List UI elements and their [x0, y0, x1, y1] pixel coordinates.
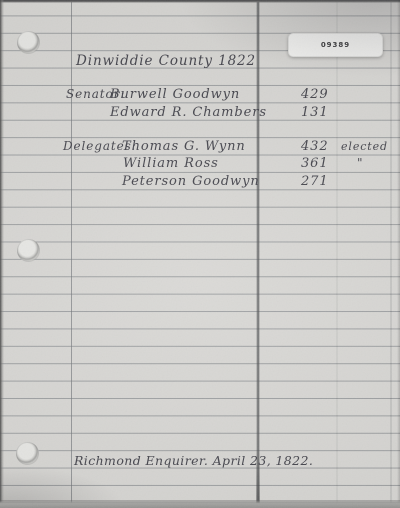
senator-row-1: Senator: Burwell Goodwyn 429 [0, 87, 400, 104]
paper-crease [256, 0, 260, 508]
elected-note: elected [341, 139, 388, 154]
delegate-row-2: William Ross 361 " [0, 156, 400, 173]
scan-edge-bottom [0, 500, 400, 508]
citation-text: Richmond Enquirer. April 23, 1822. [74, 453, 313, 468]
punch-hole-middle [17, 239, 40, 262]
ruled-lines [0, 0, 400, 508]
scan-edge-left [0, 0, 4, 508]
scanned-notebook-page: 09389 Dinwiddie County 1822 Senator: Bur… [0, 0, 400, 508]
candidate-name: William Ross [123, 156, 219, 171]
scan-streak [390, 0, 392, 508]
delegate-row-3: Peterson Goodwyn 271 [0, 174, 400, 191]
catalog-sticker: 09389 [288, 33, 383, 57]
margin-rule-line [71, 0, 72, 508]
vote-count: 131 [301, 105, 329, 120]
vote-count: 271 [301, 174, 329, 189]
candidate-name: Edward R. Chambers [110, 105, 267, 120]
title-text: Dinwiddie County 1822 [76, 53, 256, 69]
punch-hole-top [17, 31, 40, 54]
vote-count: 361 [301, 156, 329, 171]
punch-hole-bottom [16, 442, 39, 465]
candidate-name: Thomas G. Wynn [122, 139, 246, 154]
scan-streak [336, 0, 338, 508]
page-title: Dinwiddie County 1822 [76, 54, 256, 71]
delegate-row-1: Delegates: Thomas G. Wynn 432 elected [0, 139, 400, 156]
candidate-name: Burwell Goodwyn [110, 87, 240, 102]
catalog-number: 09389 [321, 41, 350, 49]
vote-count: 429 [301, 87, 329, 102]
ditto-mark: " [357, 156, 363, 171]
vote-count: 432 [301, 139, 329, 154]
scan-edge-top [0, 0, 400, 3]
senator-row-2: Edward R. Chambers 131 [0, 105, 400, 122]
candidate-name: Peterson Goodwyn [122, 174, 260, 189]
source-citation: Richmond Enquirer. April 23, 1822. [74, 453, 313, 470]
